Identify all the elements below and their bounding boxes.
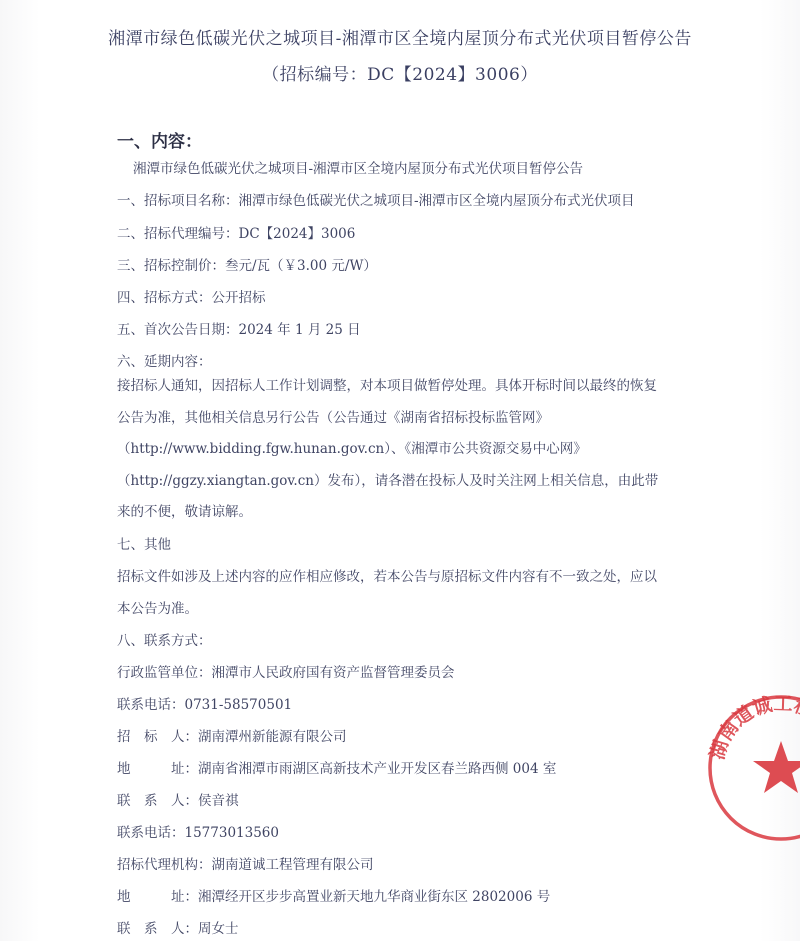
section-heading-content: 一、内容： (117, 127, 202, 152)
document-subtitle: （招标编号：DC【2024】3006） (0, 60, 800, 85)
tenderer-phone-line: 联系电话：15773013560 (117, 824, 279, 842)
extension-heading: 六、延期内容： (117, 353, 212, 371)
control-price-line: 三、招标控制价：叁元/瓦（￥3.00 元/W） (117, 257, 377, 275)
tenderer-line: 招 标 人：湖南潭州新能源有限公司 (117, 728, 347, 746)
contact-heading: 八、联系方式： (117, 632, 212, 650)
first-notice-date-line: 五、首次公告日期：2024 年 1 月 25 日 (117, 321, 361, 339)
document-title: 湘潭市绿色低碳光伏之城项目-湘潭市区全境内屋顶分布式光伏项目暂停公告 (0, 24, 800, 49)
star-icon (753, 741, 800, 793)
tender-method-line: 四、招标方式：公开招标 (117, 289, 266, 307)
extension-paragraph-line: 来的不便，敬请谅解。 (117, 503, 252, 521)
other-heading: 七、其他 (117, 536, 171, 554)
other-paragraph-line: 招标文件如涉及上述内容的应作相应修改，若本公告与原招标文件内容有不一致之处，应以 (117, 568, 657, 586)
project-name-line: 一、招标项目名称：湘潭市绿色低碳光伏之城项目-湘潭市区全境内屋顶分布式光伏项目 (117, 192, 635, 210)
company-seal-stamp: 湖南道诚工程管理有限公司 (706, 693, 800, 843)
extension-paragraph-line: （http://ggzy.xiangtan.gov.cn）发布），请各潜在投标人… (117, 472, 658, 490)
agency-number-line: 二、招标代理编号：DC【2024】3006 (117, 225, 355, 243)
supervisor-phone-line: 联系电话：0731-58570501 (117, 696, 292, 714)
extension-paragraph-line: （http://www.bidding.fgw.hunan.gov.cn）、《湘… (117, 440, 587, 458)
tenderer-contact-line: 联 系 人：侯音祺 (117, 792, 239, 810)
agency-line: 招标代理机构：湖南道诚工程管理有限公司 (117, 856, 374, 874)
extension-paragraph-line: 接招标人通知，因招标人工作计划调整，对本项目做暂停处理。具体开标时间以最终的恢复 (117, 377, 657, 395)
extension-paragraph-line: 公告为准，其他相关信息另行公告（公告通过《湖南省招标投标监管网》 (117, 409, 549, 427)
agency-contact-line: 联 系 人：周女士 (117, 920, 239, 938)
announcement-name: 湘潭市绿色低碳光伏之城项目-湘潭市区全境内屋顶分布式光伏项目暂停公告 (133, 160, 583, 178)
agency-address-line: 地 址：湘潭经开区步步高置业新天地九华商业街东区 2802006 号 (117, 888, 550, 906)
tenderer-address-line: 地 址：湖南省湘潭市雨湖区高新技术产业开发区春兰路西侧 004 室 (117, 760, 556, 778)
supervisor-unit-line: 行政监管单位：湘潭市人民政府国有资产监督管理委员会 (117, 664, 455, 682)
other-paragraph-line: 本公告为准。 (117, 600, 198, 618)
document-page: 湘潭市绿色低碳光伏之城项目-湘潭市区全境内屋顶分布式光伏项目暂停公告 （招标编号… (0, 0, 800, 941)
